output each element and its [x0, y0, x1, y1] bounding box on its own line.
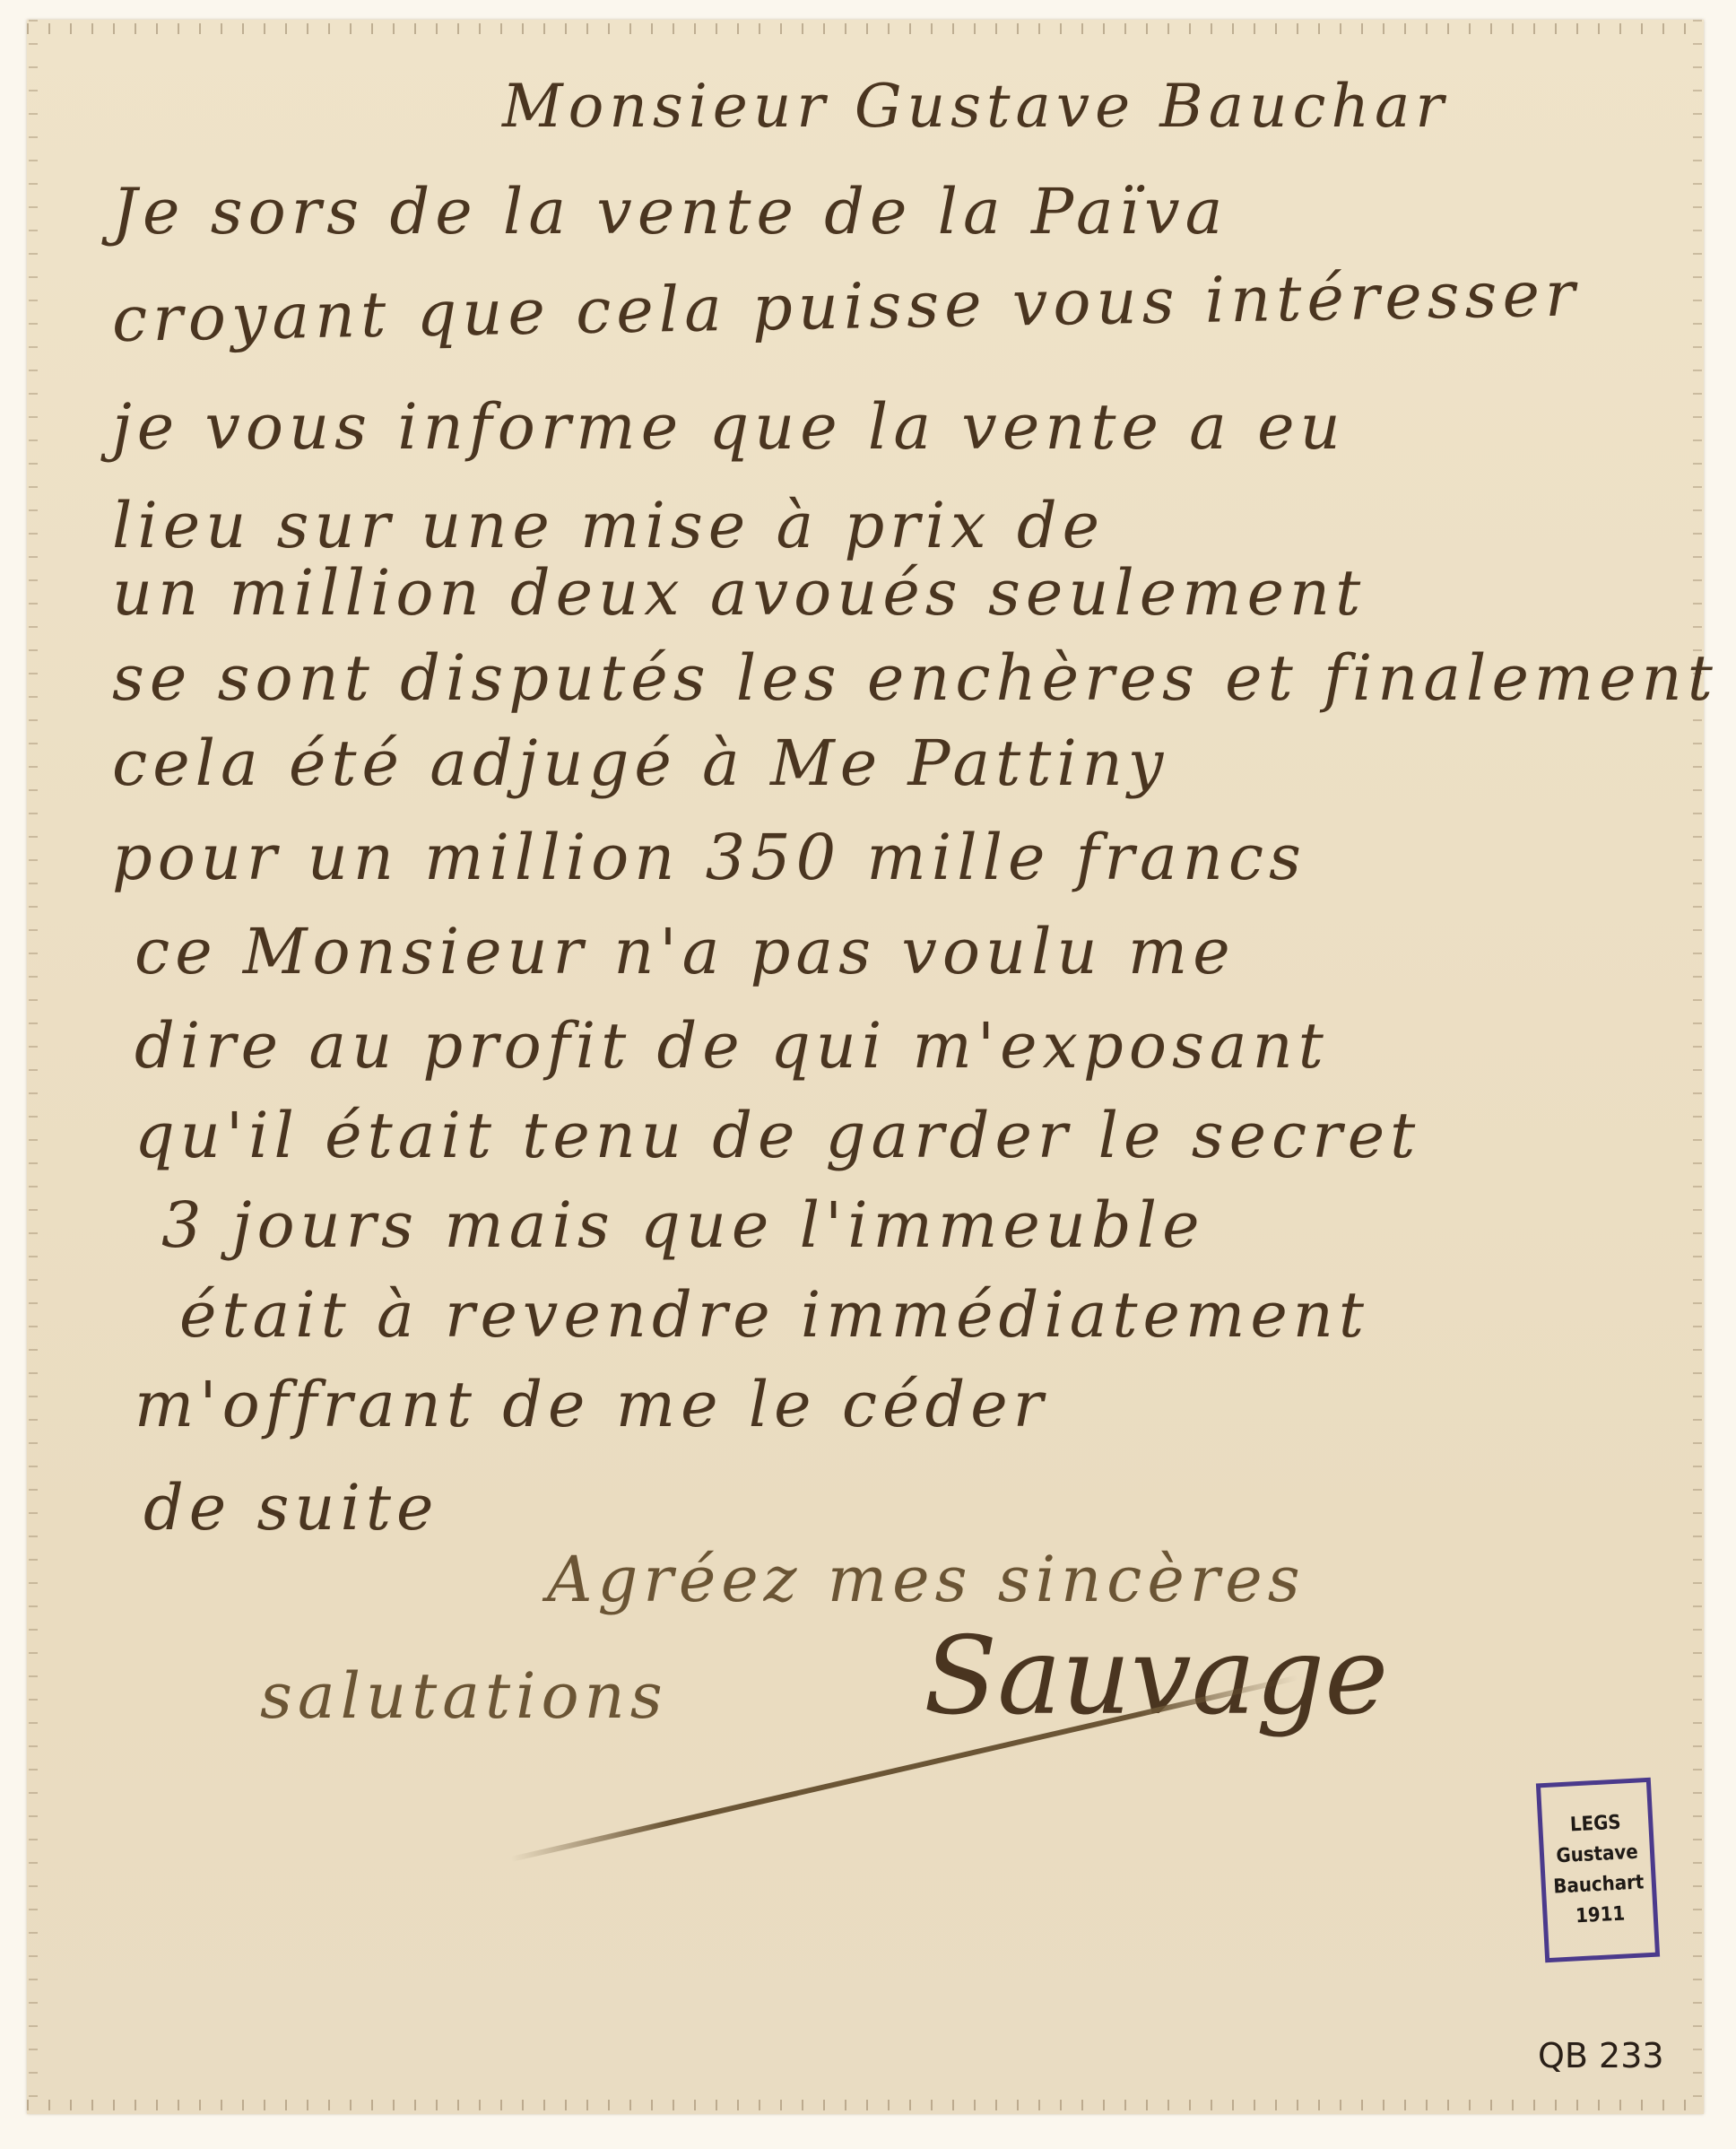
letter-line: lieu sur une mise à prix de: [112, 489, 1105, 562]
collection-stamp: LEGS Gustave Bauchart 1911: [1536, 1778, 1660, 1962]
letter-line: qu'il était tenu de garder le secret: [135, 1099, 1420, 1172]
letter-salutation: Monsieur Gustave Bauchar: [502, 72, 1449, 141]
signature: Sauvage: [924, 1614, 1388, 1739]
letter-line: se sont disputés les enchères et finalem…: [112, 641, 1718, 715]
closing-line: salutations: [260, 1659, 668, 1733]
letter-line: je vous informe que la vente a eu: [112, 390, 1346, 464]
letter-line: dire au profit de qui m'exposant: [135, 1009, 1329, 1083]
letter-line: ce Monsieur n'a pas voulu me: [135, 915, 1236, 988]
stamp-line: 1911: [1575, 1900, 1626, 1933]
stamp-line: Bauchart: [1553, 1867, 1645, 1902]
letter-line: de suite: [143, 1471, 438, 1544]
letter-line: Je sors de la vente de la Païva: [112, 175, 1228, 248]
stamp-line: LEGS: [1569, 1808, 1621, 1841]
letter-line: 3 jours mais que l'immeuble: [161, 1188, 1205, 1262]
letter-line: pour un million 350 mille francs: [112, 821, 1306, 894]
letter-line: était à revendre immédiatement: [179, 1278, 1369, 1352]
perforated-edge-top: [27, 23, 1704, 34]
stamp-line: Gustave: [1556, 1838, 1639, 1873]
catalog-number: QB 233: [1538, 2036, 1664, 2075]
letter-line: m'offrant de me le céder: [135, 1368, 1048, 1441]
perforated-edge-left: [29, 20, 38, 2114]
letter-line: cela été adjugé à Me Pattiny: [112, 726, 1168, 800]
perforated-edge-bottom: [27, 2100, 1704, 2110]
letter-line: un million deux avoués seulement: [112, 556, 1366, 630]
perforated-edge-right: [1693, 20, 1702, 2114]
closing-line: Agréez mes sincères: [547, 1543, 1306, 1616]
